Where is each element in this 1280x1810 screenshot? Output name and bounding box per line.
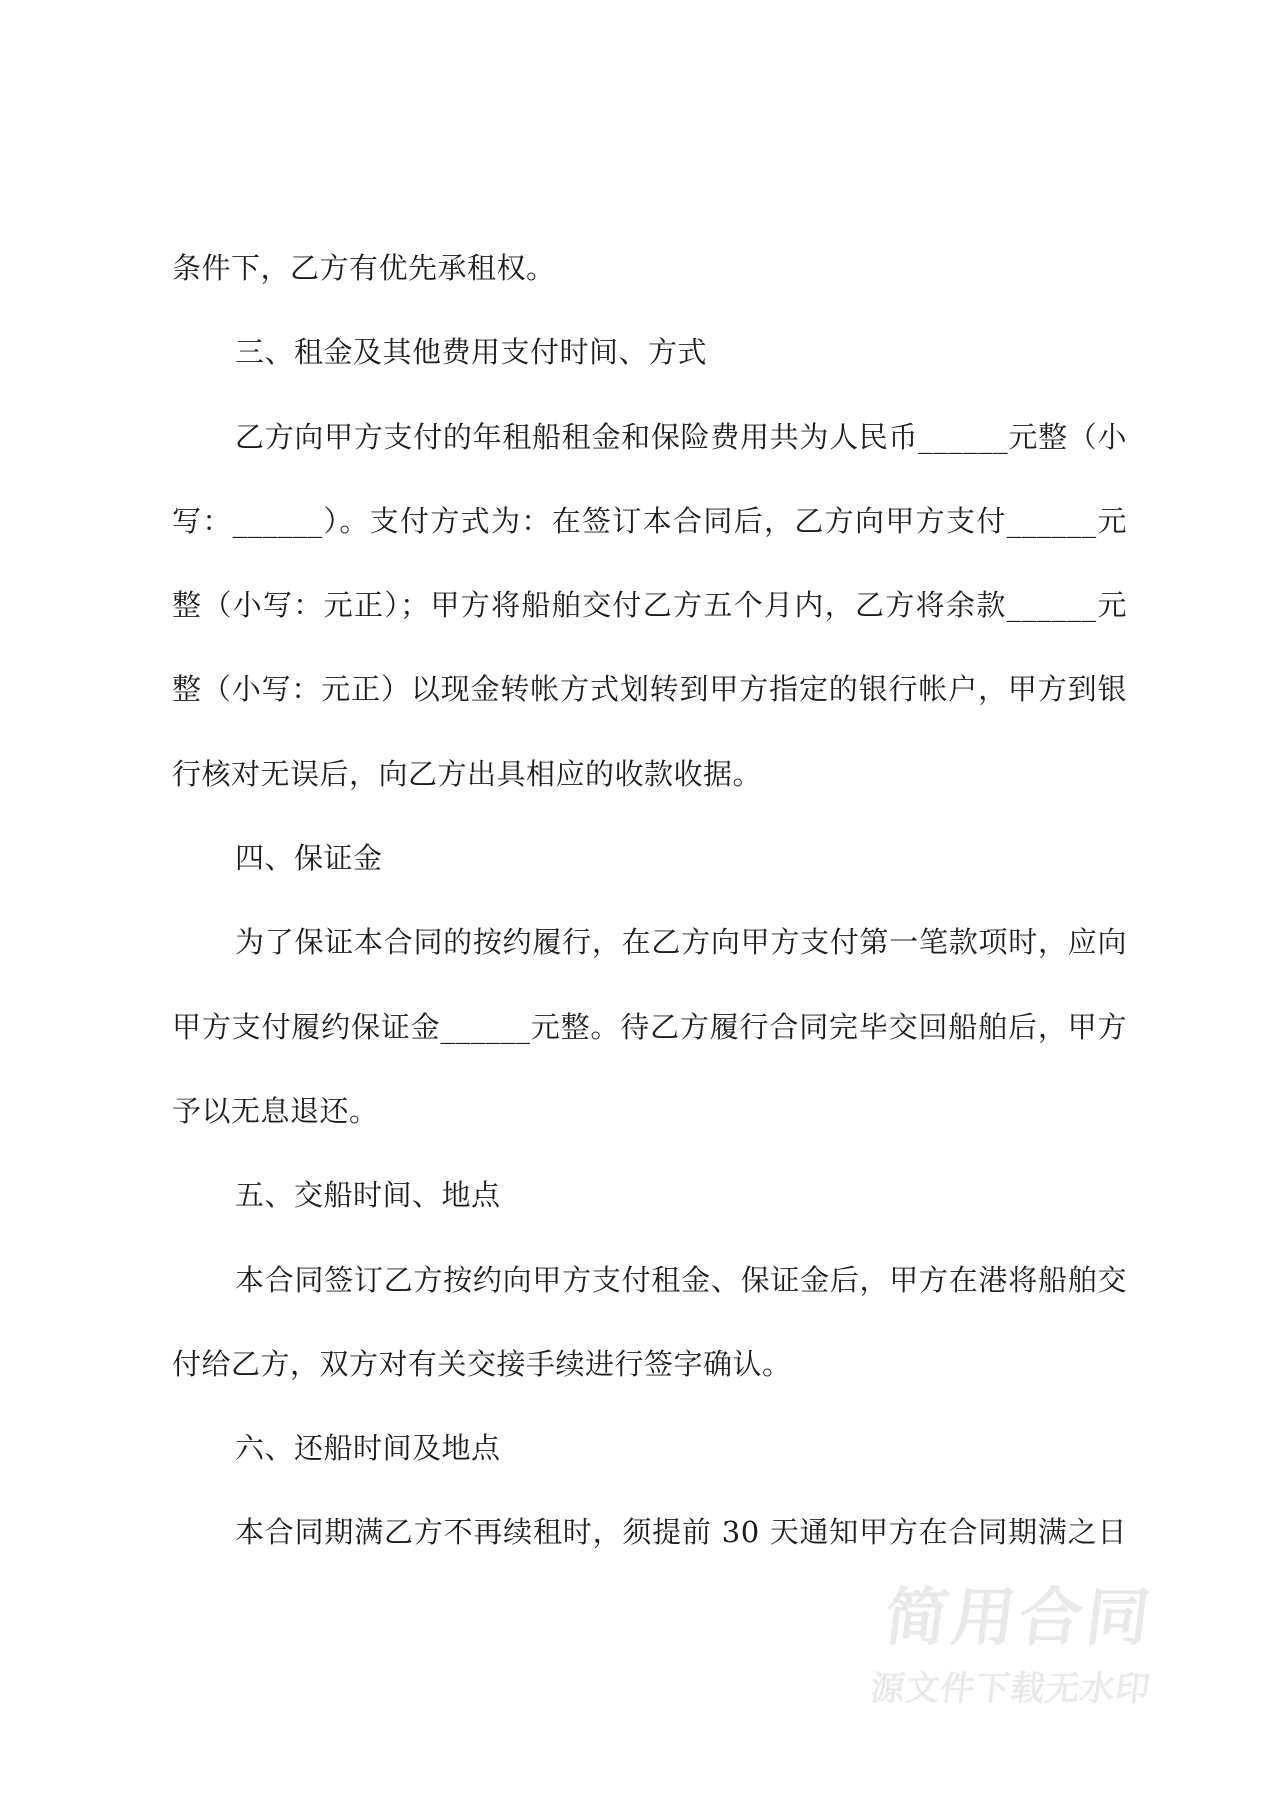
contract-line: 整（小写：元正）；甲方将船舶交付乙方五个月内，乙方将余款______元 bbox=[172, 563, 1127, 647]
contract-line: 行核对无误后，向乙方出具相应的收款收据。 bbox=[172, 732, 1127, 816]
contract-heading-6: 六、还船时间及地点 bbox=[172, 1406, 1127, 1490]
contract-line: 本合同期满乙方不再续租时，须提前 30 天通知甲方在合同期满之日 bbox=[172, 1490, 1127, 1574]
contract-heading-3: 三、租金及其他费用支付时间、方式 bbox=[172, 310, 1127, 394]
contract-line: 条件下，乙方有优先承租权。 bbox=[172, 226, 1127, 310]
watermark: 简用合同 源文件下载无水印 bbox=[858, 1583, 1173, 1707]
contract-body: 条件下，乙方有优先承租权。 三、租金及其他费用支付时间、方式 乙方向甲方支付的年… bbox=[172, 226, 1127, 1575]
contract-page: 条件下，乙方有优先承租权。 三、租金及其他费用支付时间、方式 乙方向甲方支付的年… bbox=[0, 0, 1280, 1810]
contract-line: 乙方向甲方支付的年租船租金和保险费用共为人民币______元整（小 bbox=[172, 395, 1127, 479]
contract-line: 为了保证本合同的按约履行，在乙方向甲方支付第一笔款项时，应向 bbox=[172, 900, 1127, 984]
contract-line: 甲方支付履约保证金______元整。待乙方履行合同完毕交回船舶后，甲方 bbox=[172, 985, 1127, 1069]
contract-line: 本合同签订乙方按约向甲方支付租金、保证金后，甲方在港将船舶交 bbox=[172, 1238, 1127, 1322]
watermark-tagline-text: 源文件下载无水印 bbox=[858, 1671, 1162, 1707]
contract-heading-4: 四、保证金 bbox=[172, 816, 1127, 900]
contract-line: 写：______）。支付方式为：在签订本合同后，乙方向甲方支付______元 bbox=[172, 479, 1127, 563]
contract-line: 付给乙方，双方对有关交接手续进行签字确认。 bbox=[172, 1322, 1127, 1406]
contract-line: 整（小写：元正）以现金转帐方式划转到甲方指定的银行帐户，甲方到银 bbox=[172, 647, 1127, 731]
contract-line: 予以无息退还。 bbox=[172, 1069, 1127, 1153]
contract-heading-5: 五、交船时间、地点 bbox=[172, 1153, 1127, 1237]
watermark-brand-text: 简用合同 bbox=[865, 1583, 1174, 1653]
